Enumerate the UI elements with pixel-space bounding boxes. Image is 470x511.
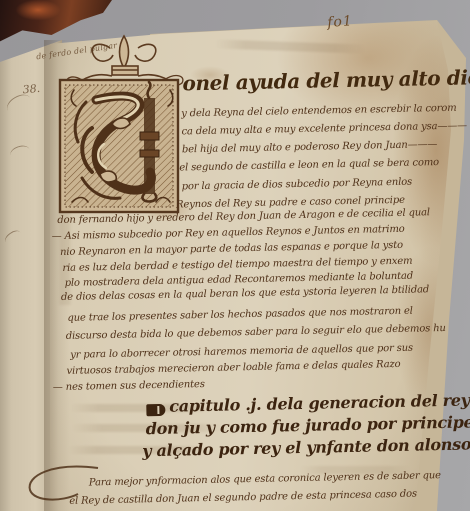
illuminated-initial-C — [52, 32, 192, 218]
manuscript-photo: fo1 de ferdo del pulgar 38. onel ayuda d… — [0, 0, 470, 511]
pen-flourish — [22, 458, 102, 508]
